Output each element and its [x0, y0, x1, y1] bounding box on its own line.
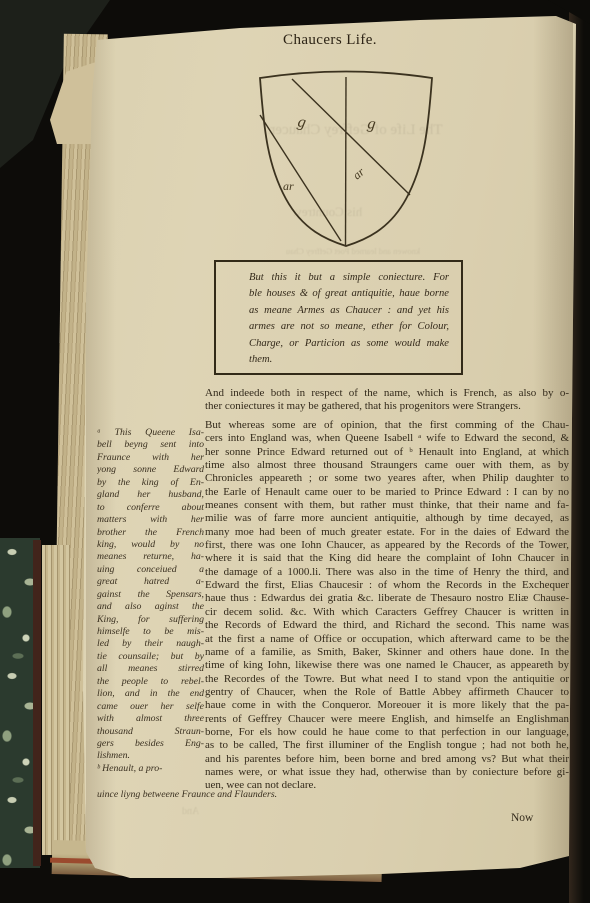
body-text-line: But whereas some are of opinion, that th…: [205, 419, 569, 432]
margin-note-line: to conferre about: [97, 502, 204, 514]
margin-note-line: brother the French: [97, 527, 204, 539]
paragraph-chaucer-origins: But whereas some are of opinion, that th…: [205, 419, 569, 793]
chaucer-coat-of-arms: g g ar ar: [251, 64, 441, 254]
body-text-line: haue come in with the Conqueror. Moreoue…: [205, 699, 569, 712]
margin-note-line: came ouer her selfe: [97, 701, 204, 713]
body-text-line: at the first a name of Office or occupat…: [205, 633, 569, 646]
body-text-line: where it is said that the King did heare…: [205, 552, 569, 565]
body-text-line: ther coniectures it may be gathered, tha…: [205, 400, 569, 413]
body-text-line: borne, For els how could he haue come to…: [205, 726, 569, 739]
margin-note-line: matters with her: [97, 514, 204, 526]
body-text-line: cir decem solid. &c. With which Caracter…: [205, 606, 569, 619]
margin-note-line: uing conceiued a: [97, 564, 204, 576]
margin-note-line: yong sonne Edward: [97, 464, 204, 476]
body-text-line: And indeede both in respect of the name,…: [205, 387, 569, 400]
margin-note-continuation: uince liyng betweene Fraunce and Flaunde…: [97, 789, 277, 800]
boxed-conjecture-note: But this it but a simple coniecture. For…: [214, 260, 463, 375]
margin-note-line: ᵇ Henault, a pro-: [97, 763, 204, 775]
margin-note-a-queene-isabell: ᵃ This Queene Isa-bell beyng sent intoFr…: [97, 427, 204, 763]
margin-note-line: King, for suffering: [97, 614, 204, 626]
margin-note-line: lishmen.: [97, 750, 204, 762]
page-edges-left-lower: [42, 545, 70, 855]
quote-line: them.: [229, 352, 449, 368]
margin-note-line: himselfe to be mis-: [97, 626, 204, 638]
margin-note-line: lion, and in the end: [97, 688, 204, 700]
body-text-line: the damage of a 1000.li. There was also …: [205, 566, 569, 579]
margin-note-line: with almost three: [97, 713, 204, 725]
body-text-line: cers into England was, when Queene Isabe…: [205, 432, 569, 445]
shield-bend-line-lower: [260, 115, 341, 241]
margin-note-line: meanes returne, ha-: [97, 551, 204, 563]
spine-edge: [33, 540, 41, 866]
tincture-label-argent-bend: ar: [350, 165, 367, 183]
margin-note-line: gland her husband,: [97, 489, 204, 501]
margin-note-line: bell beyng sent into: [97, 439, 204, 451]
body-text-line: and his parentes before him, been borne …: [205, 753, 569, 766]
margin-note-line: great hatred a-: [97, 576, 204, 588]
margin-note-line: king, would by no: [97, 539, 204, 551]
margin-note-b-henault: ᵇ Henault, a pro-: [97, 763, 204, 775]
margin-note-line: Fraunce with her: [97, 452, 204, 464]
running-title: Chaucers Life.: [225, 32, 435, 49]
shield-pale-line: [346, 77, 347, 245]
body-text-line: names were, or what issue they had, othe…: [205, 766, 569, 779]
margin-note-line: thousand Straun-: [97, 726, 204, 738]
margin-note-line: all meanes stirred: [97, 663, 204, 675]
body-text-line: meanes consent with them, but rather mus…: [205, 499, 569, 512]
tincture-label-gules-left: g: [296, 113, 307, 131]
tincture-label-argent-left: ar: [283, 179, 294, 193]
body-text-line: time also almost three thousand Straunge…: [205, 459, 569, 472]
body-text-line: her sonne Prince Edward returned out of …: [205, 446, 569, 459]
shield-bend-line-upper: [292, 79, 410, 195]
margin-note-line: led by their naugh-: [97, 638, 204, 650]
body-text-line: rents of Geffrey Chaucer were meere Engl…: [205, 713, 569, 726]
body-text-line: Chronicles appeareth ; or some two yeare…: [205, 472, 569, 485]
margin-note-line: by the king of En-: [97, 477, 204, 489]
catchword: Now: [511, 812, 533, 824]
quote-line: armes are not so meane, ether for Colour…: [229, 319, 449, 335]
quote-line: as meane Armes as Chaucer : and yet his: [229, 303, 449, 319]
body-text-line: time of king Iohn, likewise there was on…: [205, 659, 569, 672]
body-text-line: the Recordes of the Towre. But what need…: [205, 673, 569, 686]
shield-drawing: g g ar ar: [251, 64, 441, 254]
body-text-line: the Earle of Henault came ouer to be mar…: [205, 486, 569, 499]
margin-note-line: and also aginst the: [97, 601, 204, 613]
margin-note-line: the people to rebel-: [97, 676, 204, 688]
body-text-line: haue thus : Edwardus dei gratia &c. libe…: [205, 592, 569, 605]
paragraph-name-french: And indeede both in respect of the name,…: [205, 387, 569, 414]
book-photo: The Life of Geffrey Chaucer. his Countre…: [0, 0, 590, 903]
quote-line: ble houses & of great antiquitie, haue b…: [229, 286, 449, 302]
body-text-line: first, there was one Iohn Chaucer, as ap…: [205, 539, 569, 552]
margin-note-line: ᵃ This Queene Isa-: [97, 427, 204, 439]
margin-note-line: gers besides Eng-: [97, 738, 204, 750]
body-text-line: Edward the first, Elias Chaucesir : of w…: [205, 579, 569, 592]
body-text-line: name of a familie, as Smith, Baker, Skin…: [205, 646, 569, 659]
quote-line: But this it but a simple coniecture. For…: [229, 270, 449, 286]
marginal-notes: ᵃ This Queene Isa-bell beyng sent intoFr…: [97, 427, 204, 775]
body-text-line: the Records of Edward the third, and Ric…: [205, 619, 569, 632]
quote-line: Charge, or Particion as some would make: [229, 336, 449, 352]
body-text-line: as to be called, The first illuminer of …: [205, 739, 569, 752]
body-text-line: gentry of Chaucer, when the Role of Batt…: [205, 686, 569, 699]
body-text-line: many moe had been of much greater estate…: [205, 526, 569, 539]
body-text-line: milie was of farre more auncient antiqui…: [205, 512, 569, 525]
tincture-label-gules-right: g: [366, 115, 376, 133]
margin-note-line: gainst the Spensars,: [97, 589, 204, 601]
showthrough-text: And: [182, 806, 199, 817]
margin-note-line: tie counsaile; but by: [97, 651, 204, 663]
